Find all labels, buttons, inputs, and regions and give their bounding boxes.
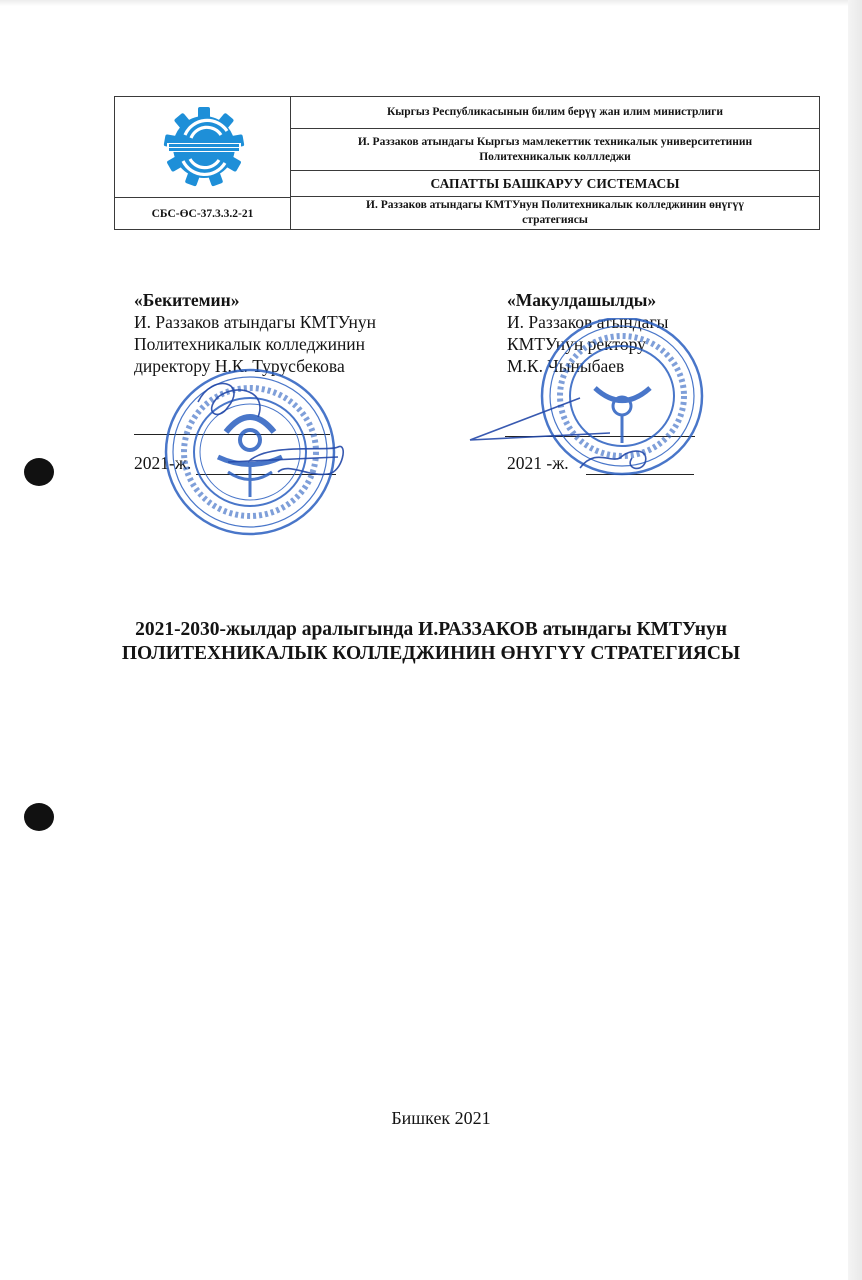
quality-system-title: САПАТТЫ БАШКАРУУ СИСТЕМАСЫ	[291, 171, 819, 197]
logo-cell	[115, 97, 291, 197]
approval-signatory: директору Н.К. Турусбекова	[134, 355, 376, 377]
signature-line	[134, 434, 330, 435]
ministry-name: Кыргыз Республикасынын билим берүү жан и…	[291, 97, 819, 129]
approval-line: И. Раззаков атындагы КМТУнун	[134, 311, 376, 333]
official-stamp-left	[158, 362, 358, 542]
approval-line: КМТУнун ректору	[507, 333, 668, 355]
document-header-table: СБС-ӨС-37.3.3.2-21 Кыргыз Республикасыны…	[114, 96, 820, 230]
approval-line: Политехникалык колледжинин	[134, 333, 376, 355]
approval-signatory: М.К. Чыныбаев	[507, 355, 668, 377]
gear-logo-icon	[163, 105, 245, 189]
university-name-line2: Политехникалык коллледжи	[358, 150, 752, 165]
date-line	[586, 474, 694, 475]
document-short-title-line1: И. Раззаков атындагы КМТУнун Политехника…	[366, 198, 744, 213]
punch-hole	[24, 458, 54, 486]
approval-date: 2021-ж.	[134, 453, 191, 474]
document-title-line2: ПОЛИТЕХНИКАЛЫК КОЛЛЕДЖИНИН ӨНҮГҮҮ СТРАТЕ…	[0, 642, 862, 666]
punch-hole	[24, 803, 54, 831]
city-year: Бишкек 2021	[0, 1108, 862, 1129]
date-line	[196, 474, 336, 475]
approval-heading: «Макулдашылды»	[507, 289, 668, 311]
approval-line: И. Раззаков атындагы	[507, 311, 668, 333]
approval-date: 2021 -ж.	[507, 453, 569, 474]
university-name-line1: И. Раззаков атындагы Кыргыз мамлекеттик …	[358, 135, 752, 150]
approval-heading: «Бекитемин»	[134, 289, 376, 311]
university-name: И. Раззаков атындагы Кыргыз мамлекеттик …	[291, 129, 819, 171]
scan-top-shadow	[0, 0, 862, 6]
approval-block-approved: «Бекитемин» И. Раззаков атындагы КМТУнун…	[134, 289, 376, 377]
document-short-title: И. Раззаков атындагы КМТУнун Политехника…	[291, 197, 819, 229]
document-title-line1: 2021-2030-жылдар аралыгында И.РАЗЗАКОВ а…	[0, 618, 862, 642]
document-title: 2021-2030-жылдар аралыгында И.РАЗЗАКОВ а…	[0, 618, 862, 666]
document-code: СБС-ӨС-37.3.3.2-21	[115, 197, 291, 229]
approval-block-agreed: «Макулдашылды» И. Раззаков атындагы КМТУ…	[507, 289, 668, 377]
signature-line	[505, 436, 695, 437]
document-short-title-line2: стратегиясы	[366, 213, 744, 228]
